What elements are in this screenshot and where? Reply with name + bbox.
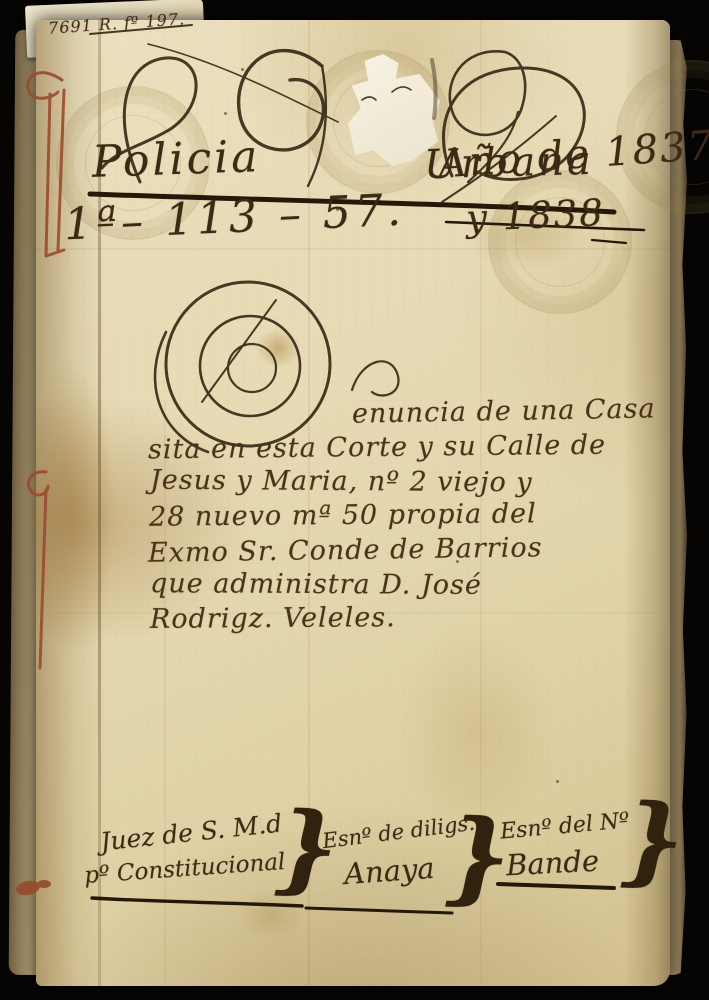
body-line: Jesus y Maria, nº 2 viejo y bbox=[150, 465, 533, 499]
body-line: que administra D. José bbox=[150, 568, 482, 601]
body-line: Exmo Sr. Conde de Barrios bbox=[148, 532, 543, 569]
signature-name: Bande bbox=[505, 844, 600, 883]
ink-speck bbox=[241, 68, 244, 71]
signature-brace: } bbox=[620, 791, 685, 889]
ink-speck bbox=[556, 780, 559, 783]
body-line: sita en esta Corte y su Calle de bbox=[148, 430, 606, 466]
body-line: enuncia de una Casa bbox=[352, 393, 656, 429]
signature-name: Anaya bbox=[343, 851, 436, 891]
ink-speck bbox=[224, 112, 227, 115]
body-line: 28 nuevo mª 50 propia del bbox=[149, 498, 537, 532]
scanned-manuscript-page: 7691 R. fº 197. Policia Urbana Año de 18… bbox=[0, 0, 709, 1000]
water-stain bbox=[26, 360, 116, 660]
year-line-1838: y 1838 bbox=[465, 191, 606, 240]
body-line: Rodrigz. Veleles. bbox=[150, 602, 396, 635]
ink-stain-spot bbox=[256, 328, 300, 368]
title-word-policia: Policia bbox=[91, 131, 261, 188]
